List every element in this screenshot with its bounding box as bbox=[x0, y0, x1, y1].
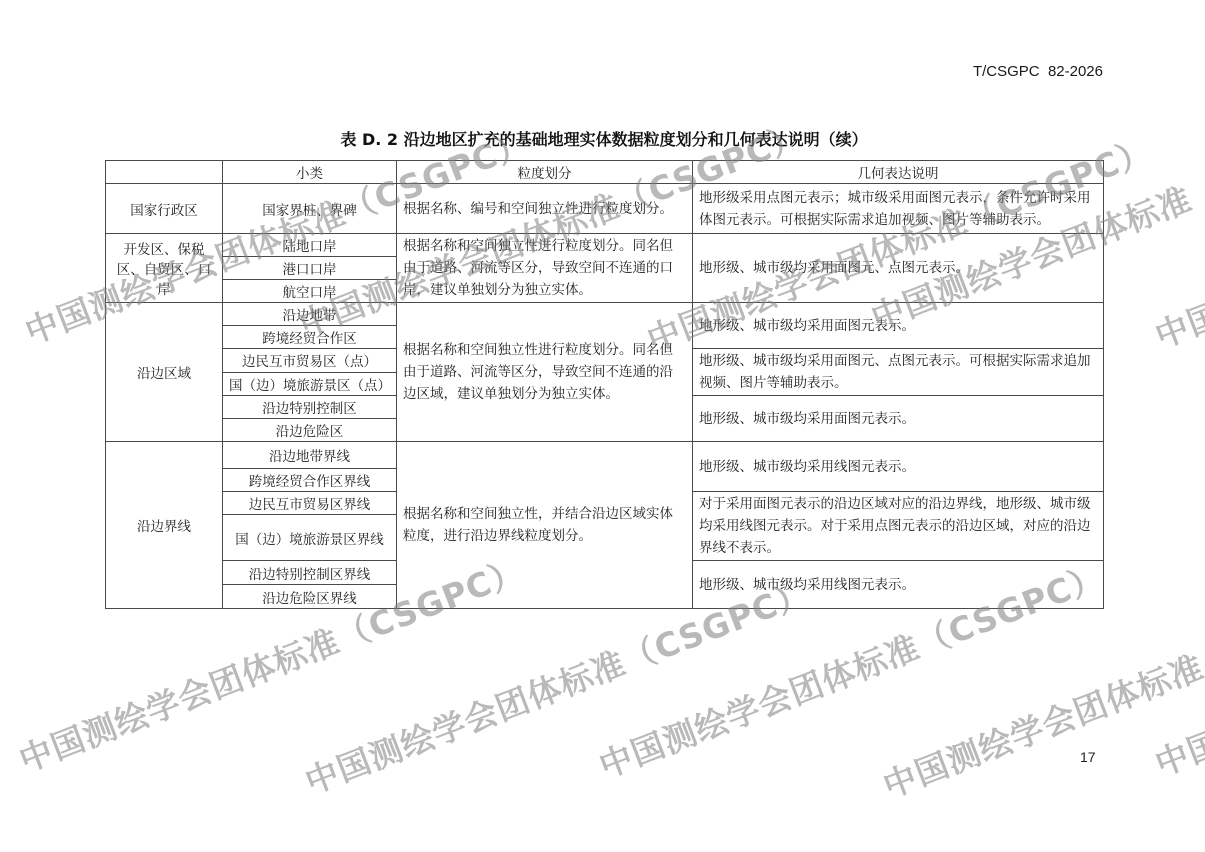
cell-category-border-regions: 沿边区域 bbox=[106, 303, 223, 442]
cell-subclass: 边民互市贸易区（点） bbox=[223, 349, 397, 373]
cell-category-ports: 开发区、保税区、自贸区、口岸 bbox=[106, 234, 223, 303]
cell-geometry: 地形级、城市级均采用面图元表示。 bbox=[693, 396, 1104, 442]
cell-category-national: 国家行政区 bbox=[106, 184, 223, 234]
cell-subclass: 沿边地带界线 bbox=[223, 442, 397, 469]
column-header-granularity: 粒度划分 bbox=[397, 161, 693, 184]
cell-granularity: 根据名称和空间独立性进行粒度划分。同名但由于道路、河流等区分，导致空间不连通的沿… bbox=[397, 303, 693, 442]
cell-subclass: 沿边危险区 bbox=[223, 419, 397, 442]
table-title: 表 D. 2 沿边地区扩充的基础地理实体数据粒度划分和几何表达说明（续） bbox=[105, 127, 1103, 150]
cell-subclass: 港口口岸 bbox=[223, 257, 397, 280]
cell-granularity: 根据名称和空间独立性，并结合沿边区域实体粒度，进行沿边界线粒度划分。 bbox=[397, 442, 693, 609]
column-header-category bbox=[106, 161, 223, 184]
cell-subclass: 沿边特别控制区 bbox=[223, 396, 397, 419]
cell-subclass: 国家界桩、界碑 bbox=[223, 184, 397, 234]
cell-geometry: 地形级、城市级均采用线图元表示。 bbox=[693, 442, 1104, 492]
column-header-subclass: 小类 bbox=[223, 161, 397, 184]
document-code: T/CSGPC 82-2026 bbox=[973, 63, 1103, 80]
cell-subclass: 陆地口岸 bbox=[223, 234, 397, 257]
cell-category-border-lines: 沿边界线 bbox=[106, 442, 223, 609]
cell-granularity: 根据名称和空间独立性进行粒度划分。同名但由于道路、河流等区分，导致空间不连通的口… bbox=[397, 234, 693, 303]
column-header-geometry: 几何表达说明 bbox=[693, 161, 1104, 184]
cell-geometry: 地形级、城市级均采用线图元表示。 bbox=[693, 561, 1104, 609]
cell-subclass: 跨境经贸合作区界线 bbox=[223, 469, 397, 492]
page-number: 17 bbox=[1080, 749, 1096, 765]
cell-geometry: 地形级、城市级均采用面图元表示。 bbox=[693, 303, 1104, 349]
cell-subclass: 沿边危险区界线 bbox=[223, 585, 397, 609]
cell-geometry: 地形级、城市级均采用面图元、点图元表示。可根据实际需求追加视频、图片等辅助表示。 bbox=[693, 349, 1104, 396]
document-page: T/CSGPC 82-2026 表 D. 2 沿边地区扩充的基础地理实体数据粒度… bbox=[0, 0, 1205, 852]
cell-subclass: 沿边特别控制区界线 bbox=[223, 561, 397, 585]
table-row: 沿边区域 沿边地带 根据名称和空间独立性进行粒度划分。同名但由于道路、河流等区分… bbox=[106, 303, 1104, 326]
granularity-table: 小类 粒度划分 几何表达说明 国家行政区 国家界桩、界碑 根据名称、编号和空间独… bbox=[105, 160, 1104, 609]
cell-geometry: 对于采用面图元表示的沿边区域对应的沿边界线，地形级、城市级均采用线图元表示。对于… bbox=[693, 492, 1104, 561]
watermark-text: 中国测绘学会团体标准（CSGPC） bbox=[1148, 549, 1205, 785]
watermark-text: 中国测绘学会团体标准（CSGPC） bbox=[1148, 121, 1205, 357]
cell-granularity: 根据名称、编号和空间独立性进行粒度划分。 bbox=[397, 184, 693, 234]
cell-subclass: 边民互市贸易区界线 bbox=[223, 492, 397, 515]
table-row: 沿边界线 沿边地带界线 根据名称和空间独立性，并结合沿边区域实体粒度，进行沿边界… bbox=[106, 442, 1104, 469]
cell-subclass: 国（边）境旅游景区（点） bbox=[223, 372, 397, 396]
cell-subclass: 国（边）境旅游景区界线 bbox=[223, 515, 397, 561]
table-row: 开发区、保税区、自贸区、口岸 陆地口岸 根据名称和空间独立性进行粒度划分。同名但… bbox=[106, 234, 1104, 257]
table-row: 国家行政区 国家界桩、界碑 根据名称、编号和空间独立性进行粒度划分。 地形级采用… bbox=[106, 184, 1104, 234]
cell-geometry: 地形级、城市级均采用面图元、点图元表示。 bbox=[693, 234, 1104, 303]
cell-subclass: 跨境经贸合作区 bbox=[223, 326, 397, 349]
cell-subclass: 沿边地带 bbox=[223, 303, 397, 326]
header-row: 小类 粒度划分 几何表达说明 bbox=[106, 161, 1104, 184]
cell-subclass: 航空口岸 bbox=[223, 280, 397, 303]
cell-geometry: 地形级采用点图元表示；城市级采用面图元表示，条件允许时采用体图元表示。可根据实际… bbox=[693, 184, 1104, 234]
